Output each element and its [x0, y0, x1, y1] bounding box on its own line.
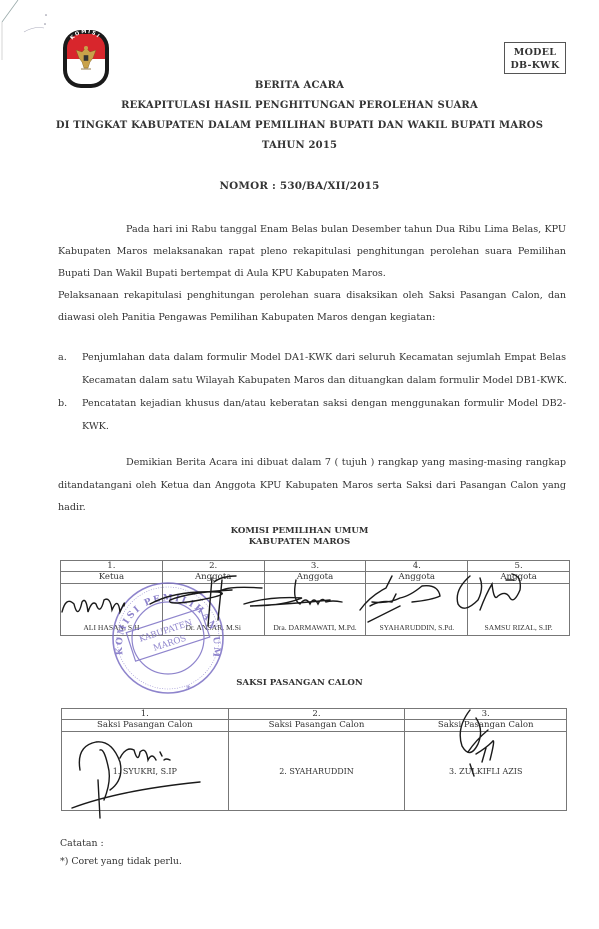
kpu-signature-table: 1. 2. 3. 4. 5. Ketua Anggota Anggota Ang…	[60, 560, 570, 636]
kpu-section-title-1: KOMISI PEMILIHAN UMUM	[0, 526, 599, 536]
paragraph-2-line-1: Pelaksanaan rekapitulasi penghitungan pe…	[58, 285, 566, 307]
saksi-section-title: SAKSI PASANGAN CALON	[0, 678, 599, 688]
kpu-num-4: 4.	[366, 561, 468, 572]
list-item-b-line-1: Pencatatan kejadian khusus dan/atau kebe…	[82, 398, 566, 409]
list-item-a-line-2: Kecamatan dalam satu Wilayah Kabupaten M…	[82, 375, 566, 386]
kpu-name-2: Dr. ANSAR, M.Si	[162, 584, 264, 636]
paragraph-1-line-1: Pada hari ini Rabu tanggal Enam Belas bu…	[58, 219, 566, 241]
doc-title: BERITA ACARA	[0, 80, 599, 91]
kpu-name-5: SAMSU RIZAL, S.IP.	[468, 584, 570, 636]
doc-number: NOMOR : 530/BA/XII/2015	[0, 180, 599, 192]
saksi-role-2: Saksi Pasangan Calon	[228, 720, 405, 732]
kpu-role-4: Anggota	[366, 572, 468, 584]
paragraph-3-line-2: ditandatangani oleh Ketua dan Anggota KP…	[58, 475, 566, 497]
kpu-name-3: Dra. DARMAWATI, M.Pd.	[264, 584, 366, 636]
saksi-role-3: Saksi Pasangan Calon	[405, 720, 567, 732]
kpu-section-title-2: KABUPATEN MAROS	[0, 537, 599, 547]
notes-label: Catatan :	[60, 838, 104, 849]
kpu-role-5: Anggota	[468, 572, 570, 584]
list-marker-a: a.	[58, 352, 67, 363]
saksi-num-3: 3.	[405, 709, 567, 720]
model-label: MODEL	[505, 46, 565, 59]
notes-item: *) Coret yang tidak perlu.	[60, 856, 182, 867]
kpu-num-2: 2.	[162, 561, 264, 572]
list-marker-b: b.	[58, 398, 67, 409]
paragraph-1-line-2: Kabupaten Maros melaksanakan rapat pleno…	[58, 241, 566, 263]
kpu-num-3: 3.	[264, 561, 366, 572]
paragraph-2-line-2: diawasi oleh Panitia Pengawas Pemilihan …	[58, 307, 566, 329]
paragraph-3-line-1: Demikian Berita Acara ini dibuat dalam 7…	[58, 452, 566, 474]
kpu-role-2: Anggota	[162, 572, 264, 584]
saksi-name-2: 2. SYAHARUDDIN	[228, 732, 405, 811]
kpu-role-3: Anggota	[264, 572, 366, 584]
kpu-name-1: ALI HASAN, S.H	[61, 584, 163, 636]
paragraph-3-line-3: hadir.	[58, 497, 566, 519]
saksi-name-3: 3. ZULKIFLI AZIS	[405, 732, 567, 811]
doc-subtitle-1: REKAPITULASI HASIL PENGHITUNGAN PEROLEHA…	[0, 100, 599, 111]
paragraph-1-line-3: Bupati Dan Wakil Bupati bertempat di Aul…	[58, 263, 566, 285]
saksi-num-1: 1.	[62, 709, 229, 720]
model-code-box: MODEL DB-KWK	[504, 42, 566, 74]
saksi-signature-table: 1. 2. 3. Saksi Pasangan Calon Saksi Pasa…	[61, 708, 567, 811]
list-item-b-line-2: KWK.	[82, 421, 566, 432]
corner-mark	[0, 0, 60, 60]
model-code: DB-KWK	[505, 59, 565, 72]
doc-subtitle-year: TAHUN 2015	[0, 140, 599, 151]
svg-text:MAROS: MAROS	[152, 634, 188, 654]
doc-subtitle-2: DI TINGKAT KABUPATEN DALAM PEMILIHAN BUP…	[0, 120, 599, 131]
saksi-role-1: Saksi Pasangan Calon	[62, 720, 229, 732]
kpu-num-1: 1.	[61, 561, 163, 572]
list-item-a-line-1: Penjumlahan data dalam formulir Model DA…	[82, 352, 566, 363]
saksi-num-2: 2.	[228, 709, 405, 720]
kpu-role-1: Ketua	[61, 572, 163, 584]
kpu-name-4: SYAHARUDDIN, S.Pd.	[366, 584, 468, 636]
kpu-num-5: 5.	[468, 561, 570, 572]
saksi-name-1: 1. SYUKRI, S.IP	[62, 732, 229, 811]
